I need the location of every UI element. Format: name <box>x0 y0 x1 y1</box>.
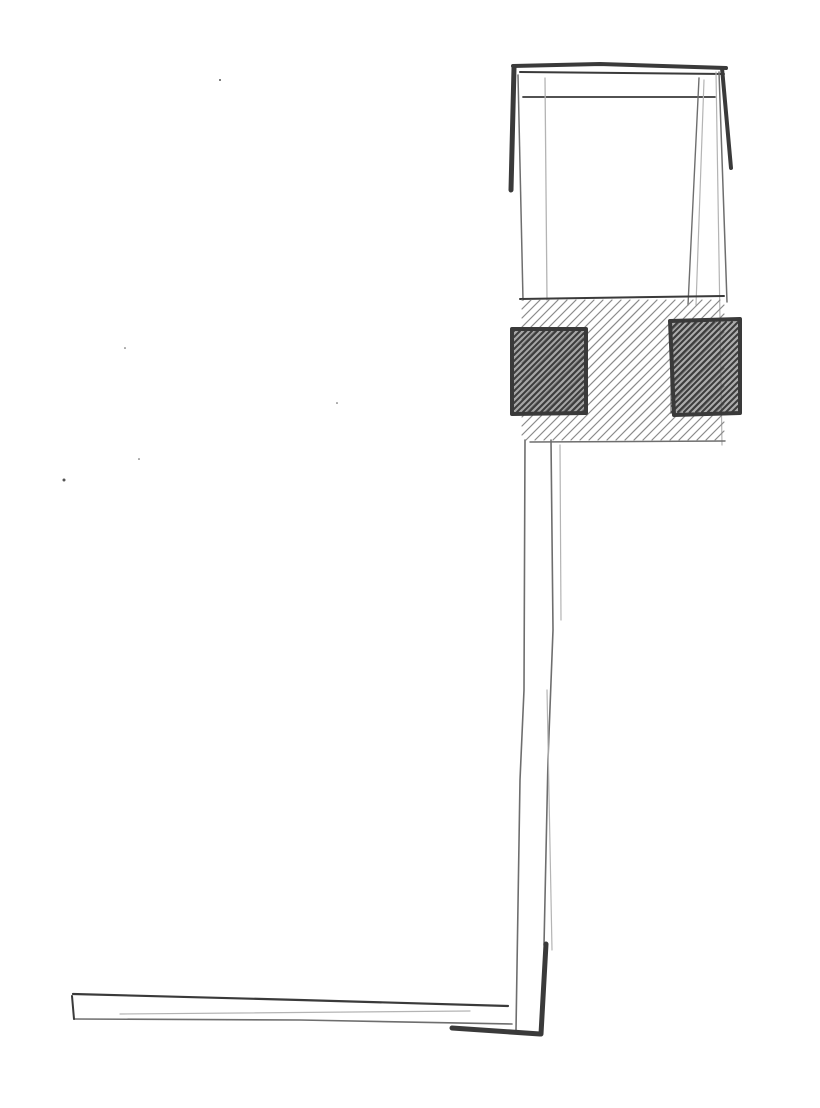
vertical-stem <box>516 440 561 1034</box>
left-block <box>512 328 586 414</box>
pencil-sketch-canvas <box>0 0 820 1108</box>
paper-speckles <box>63 79 338 482</box>
base-arm <box>72 994 540 1034</box>
right-block <box>670 319 740 415</box>
